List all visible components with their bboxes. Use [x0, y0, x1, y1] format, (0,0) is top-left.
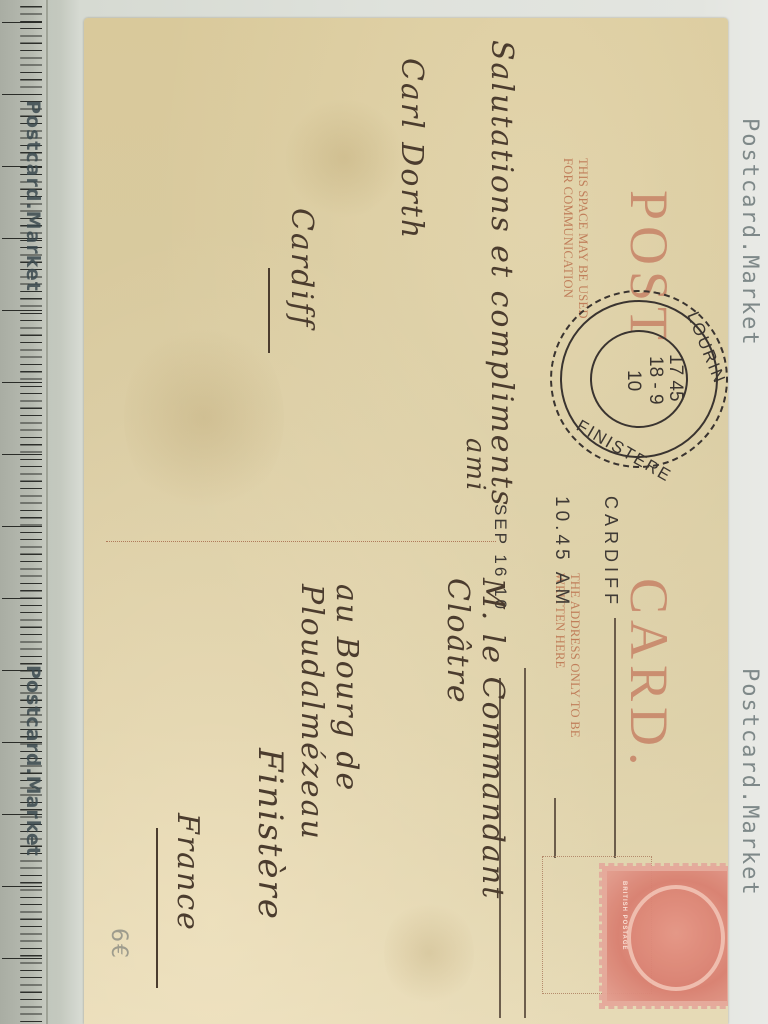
- handwritten-message-line4: ami: [460, 438, 490, 492]
- ruler-major-tick: [2, 526, 42, 527]
- handwritten-message-line3: Cardiff: [284, 208, 319, 328]
- printed-title-card: CARD.: [618, 578, 680, 772]
- watermark-bottom: Postcard.Market: [726, 668, 762, 897]
- address-line: [614, 618, 616, 858]
- address-line: [554, 798, 556, 858]
- postage-stamp: BRITISH POSTAGE: [602, 866, 728, 1006]
- watermark-top: Postcard.Market: [726, 118, 762, 347]
- ruler-major-tick: [2, 382, 42, 383]
- ruler-major-tick: [2, 958, 42, 959]
- message-instruction-line2: FOR COMMUNICATION: [560, 158, 575, 319]
- paper-stain: [284, 98, 404, 218]
- stamp-portrait: [627, 885, 725, 991]
- ruler-major-tick: [2, 310, 42, 311]
- postmark-year: 10: [622, 370, 644, 391]
- paper-stain: [124, 318, 284, 518]
- ruler-major-tick: [2, 94, 42, 95]
- dotted-center-divider: [106, 541, 496, 542]
- handwritten-address-line4: France: [170, 813, 205, 932]
- ruler-major-tick: [2, 454, 42, 455]
- handwritten-address-line2: au Bourg de Ploudalmézeau: [294, 584, 364, 1024]
- ruler-watermark-bottom: Postcard.Market: [4, 665, 44, 857]
- machine-cancel-time: 10.45 AM: [550, 496, 572, 608]
- message-instruction-line1: THIS SPACE MAY BE USED: [575, 158, 590, 319]
- ruler-major-tick: [2, 22, 42, 23]
- stamp-side-text: BRITISH POSTAGE: [611, 881, 627, 993]
- handwritten-address-line1: M. le Commandant Cloâtre: [440, 578, 510, 1024]
- address-line: [524, 668, 526, 1018]
- printed-message-area-instructions: THIS SPACE MAY BE USED FOR COMMUNICATION: [560, 158, 590, 319]
- handwritten-underline: [156, 828, 158, 988]
- handwritten-address-line3: Finistère: [250, 748, 290, 921]
- postcard-back: POST CARD. THIS SPACE MAY BE USED FOR CO…: [84, 18, 728, 1024]
- ruler-watermark-top: Postcard.Market: [4, 100, 44, 292]
- ruler-major-tick: [2, 886, 42, 887]
- handwritten-message-line2: Carl Dorth: [394, 58, 429, 240]
- postmark-time: 17 45: [664, 354, 686, 402]
- postmark-day-month: 18 - 9: [644, 356, 666, 405]
- ruler-major-tick: [2, 598, 42, 599]
- pencil-price-note: 6€: [106, 928, 131, 960]
- handwritten-underline: [268, 268, 270, 353]
- machine-cancel-city: CARDIFF: [600, 496, 621, 609]
- ruler: Postcard.Market Postcard.Market: [0, 0, 48, 1024]
